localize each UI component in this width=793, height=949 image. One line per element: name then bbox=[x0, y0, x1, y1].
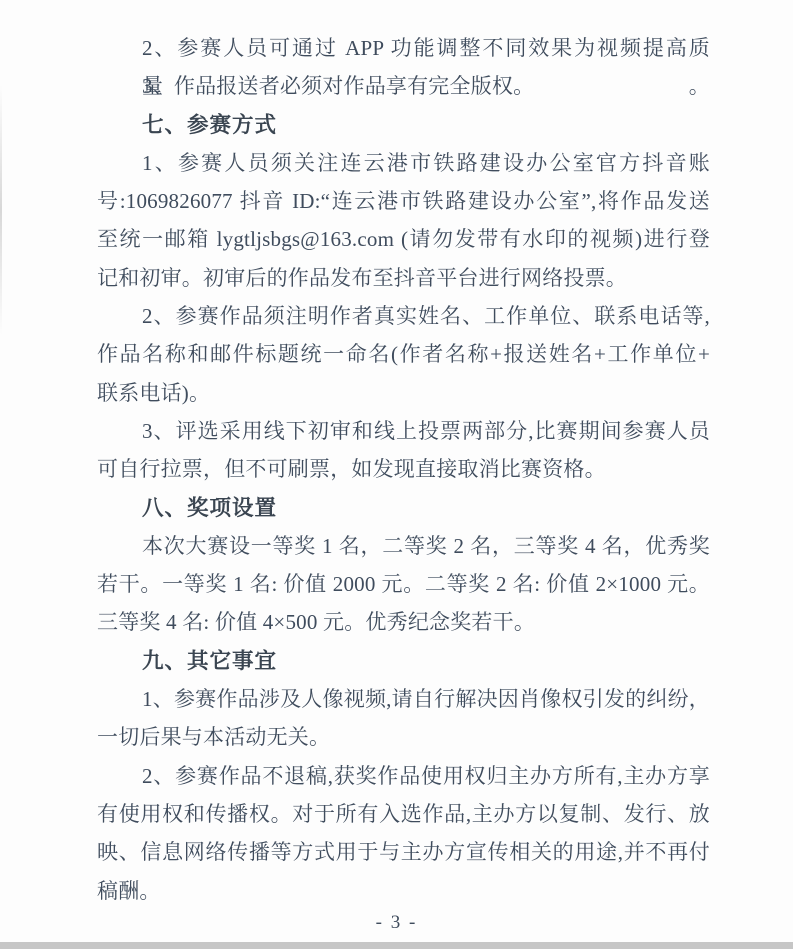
document-line: 记和初审。初审后的作品发布至抖音平台进行网络投票。 bbox=[97, 259, 710, 297]
document-line: 1、参赛人员须关注连云港市铁路建设办公室官方抖音账 bbox=[97, 144, 710, 182]
scan-edge-left bbox=[0, 85, 2, 335]
document-line: 2、参赛作品不退稿,获奖作品使用权归主办方所有,主办方享 bbox=[97, 757, 710, 795]
document-line: 2、参赛作品须注明作者真实姓名、工作单位、联系电话等, bbox=[97, 297, 710, 335]
document-line: 若干。一等奖 1 名: 价值 2000 元。二等奖 2 名: 价值 2×1000… bbox=[97, 565, 710, 603]
scan-edge-bottom bbox=[0, 942, 793, 949]
document-line: 稿酬。 bbox=[97, 872, 710, 910]
document-line: 至统一邮箱 lygtljsbgs@163.com (请勿发带有水印的视频)进行登 bbox=[97, 220, 710, 258]
document-line: 1、参赛作品涉及人像视频,请自行解决因肖像权引发的纠纷， bbox=[97, 680, 710, 718]
document-line: 三等奖 4 名: 价值 4×500 元。优秀纪念奖若干。 bbox=[97, 603, 710, 641]
document-line: 联系电话)。 bbox=[97, 374, 710, 412]
document-line: 3、评选采用线下初审和线上投票两部分,比赛期间参赛人员 bbox=[97, 412, 710, 450]
section-heading: 八、奖项设置 bbox=[97, 489, 710, 527]
section-heading: 九、其它事宜 bbox=[97, 642, 710, 680]
document-line: 本次大赛设一等奖 1 名，二等奖 2 名，三等奖 4 名，优秀奖 bbox=[97, 527, 710, 565]
page-number: - 3 - bbox=[0, 912, 793, 934]
document-line: 有使用权和传播权。对于所有入选作品,主办方以复制、发行、放 bbox=[97, 795, 710, 833]
section-heading: 七、参赛方式 bbox=[97, 106, 710, 144]
document-line: 号:1069826077 抖音 ID:“连云港市铁路建设办公室”,将作品发送 bbox=[97, 182, 710, 220]
document-line: 一切后果与本活动无关。 bbox=[97, 718, 710, 756]
scanned-document-page: 2、参赛人员可通过 APP 功能调整不同效果为视频提高质量。3、作品报送者必须对… bbox=[0, 0, 793, 949]
document-line: 作品名称和邮件标题统一命名(作者名称+报送姓名+工作单位+ bbox=[97, 335, 710, 373]
document-line: 映、信息网络传播等方式用于与主办方宣传相关的用途,并不再付 bbox=[97, 833, 710, 871]
document-line: 可自行拉票，但不可刷票，如发现直接取消比赛资格。 bbox=[97, 450, 710, 488]
document-text-block: 2、参赛人员可通过 APP 功能调整不同效果为视频提高质量。3、作品报送者必须对… bbox=[97, 29, 710, 910]
document-line: 2、参赛人员可通过 APP 功能调整不同效果为视频提高质量。 bbox=[97, 29, 710, 67]
